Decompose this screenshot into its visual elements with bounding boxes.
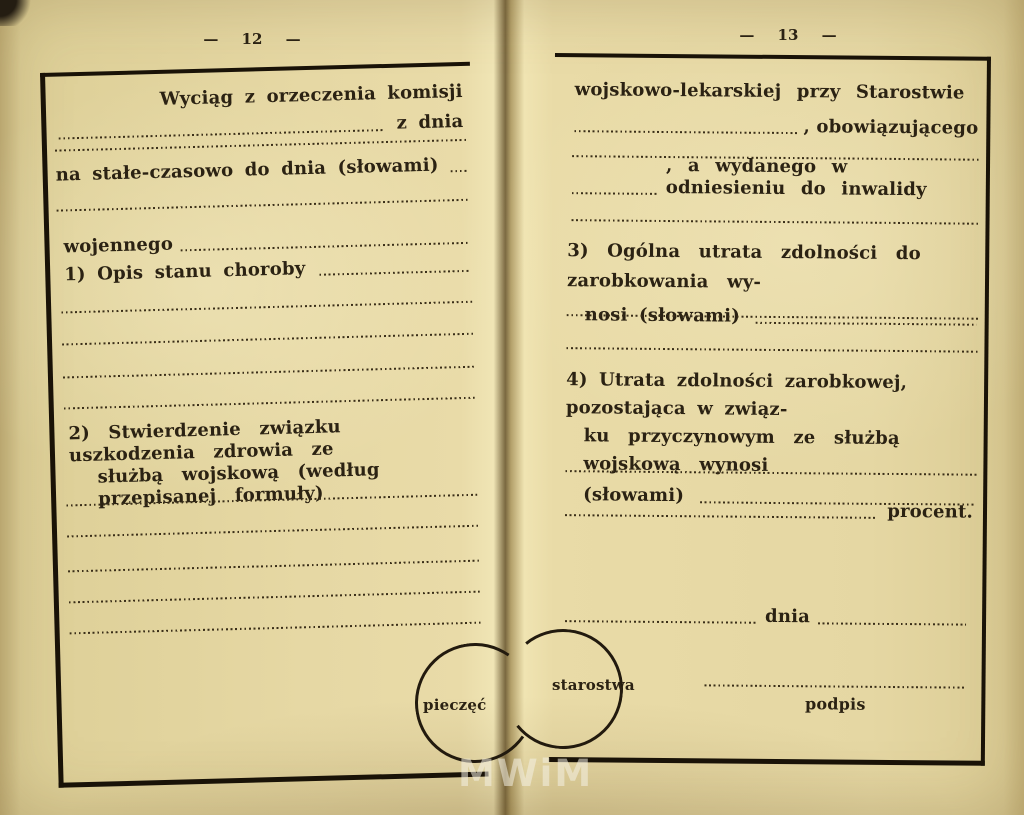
dnia-label: dnia [765,606,810,628]
dotted-rule [64,397,475,410]
dotted-rule [68,560,479,573]
z-dnia-label: z dnia [396,111,463,135]
z-dnia-row: z dnia [58,109,463,144]
procent-row: procent. [565,496,973,524]
dotted-rule [566,347,978,353]
form-title-row: Wyciąg z orzeczenia komisji [57,79,462,114]
continuation-text: wojskowo-lekarskiej przy Starostwie [575,79,965,104]
dotted-rule [59,129,383,139]
scanned-booklet: — 12 — Wyciąg z orzeczenia komisji z dni… [0,0,1024,815]
a-wydanego-label: , a wydanego w odniesieniu do inwalidy [666,155,978,202]
item-4-paragraph: 4) Utrata zdolności zarobkowej, pozostaj… [565,366,976,510]
dotted-rule [574,130,799,134]
dotted-rule [756,322,977,326]
dotted-rule [565,514,877,519]
signature-line [704,684,966,688]
dotted-rule [70,622,481,635]
dotted-rule [69,591,480,604]
item-1-label: 1) Opis stanu choroby [64,258,306,286]
dotted-rule [818,622,966,625]
item-1-row: 1) Opis stanu choroby [64,252,469,287]
continuation-row: wojskowo-lekarskiej przy Starostwie [575,77,977,105]
obowiazujacego-row: , obowiązującego [574,112,978,140]
watermark-text: MWiM [458,752,593,795]
procent-label: procent. [887,501,973,524]
dotted-rule [181,242,468,252]
item-4-line1: 4) Utrata zdolności zarobkowej, pozostaj… [566,366,976,426]
seal-label-pieczec: pieczęć [423,696,486,714]
item-3-line1: 3) Ogólna utrata zdolności do zarobkowan… [567,236,978,300]
page-number-left: — 12 — [152,30,352,48]
dotted-rule [62,333,473,346]
na-stale-label: na stałe-czasowo do dnia (słowami) [55,155,438,187]
dotted-rule [61,301,472,314]
dnia-row: dnia [565,602,966,629]
item-3-line2-row: nosi (słowami) [567,296,977,330]
form-title: Wyciąg z orzeczenia komisji [159,81,462,111]
signature-block: podpis [704,684,966,714]
dotted-rule [565,620,757,624]
dotted-rule [320,270,470,276]
podpis-label: podpis [704,693,966,714]
page-number-right: — 13 — [688,26,888,44]
seal-label-starostwa: starostwa [552,676,635,694]
dotted-rule [63,366,474,379]
dotted-rule [57,199,470,212]
na-stale-row: na stałe-czasowo do dnia (słowami) [55,152,466,187]
dotted-rule [572,192,658,195]
scan-corner-shadow [0,0,34,26]
dotted-rule [67,525,478,538]
dotted-rule [572,219,980,225]
dotted-rule [451,170,467,172]
wojennego-label: wojennego [63,234,173,259]
obowiazujacego-label: , obowiązującego [803,116,978,140]
a-wydanego-row: , a wydanego w odniesieniu do inwalidy [572,174,978,202]
